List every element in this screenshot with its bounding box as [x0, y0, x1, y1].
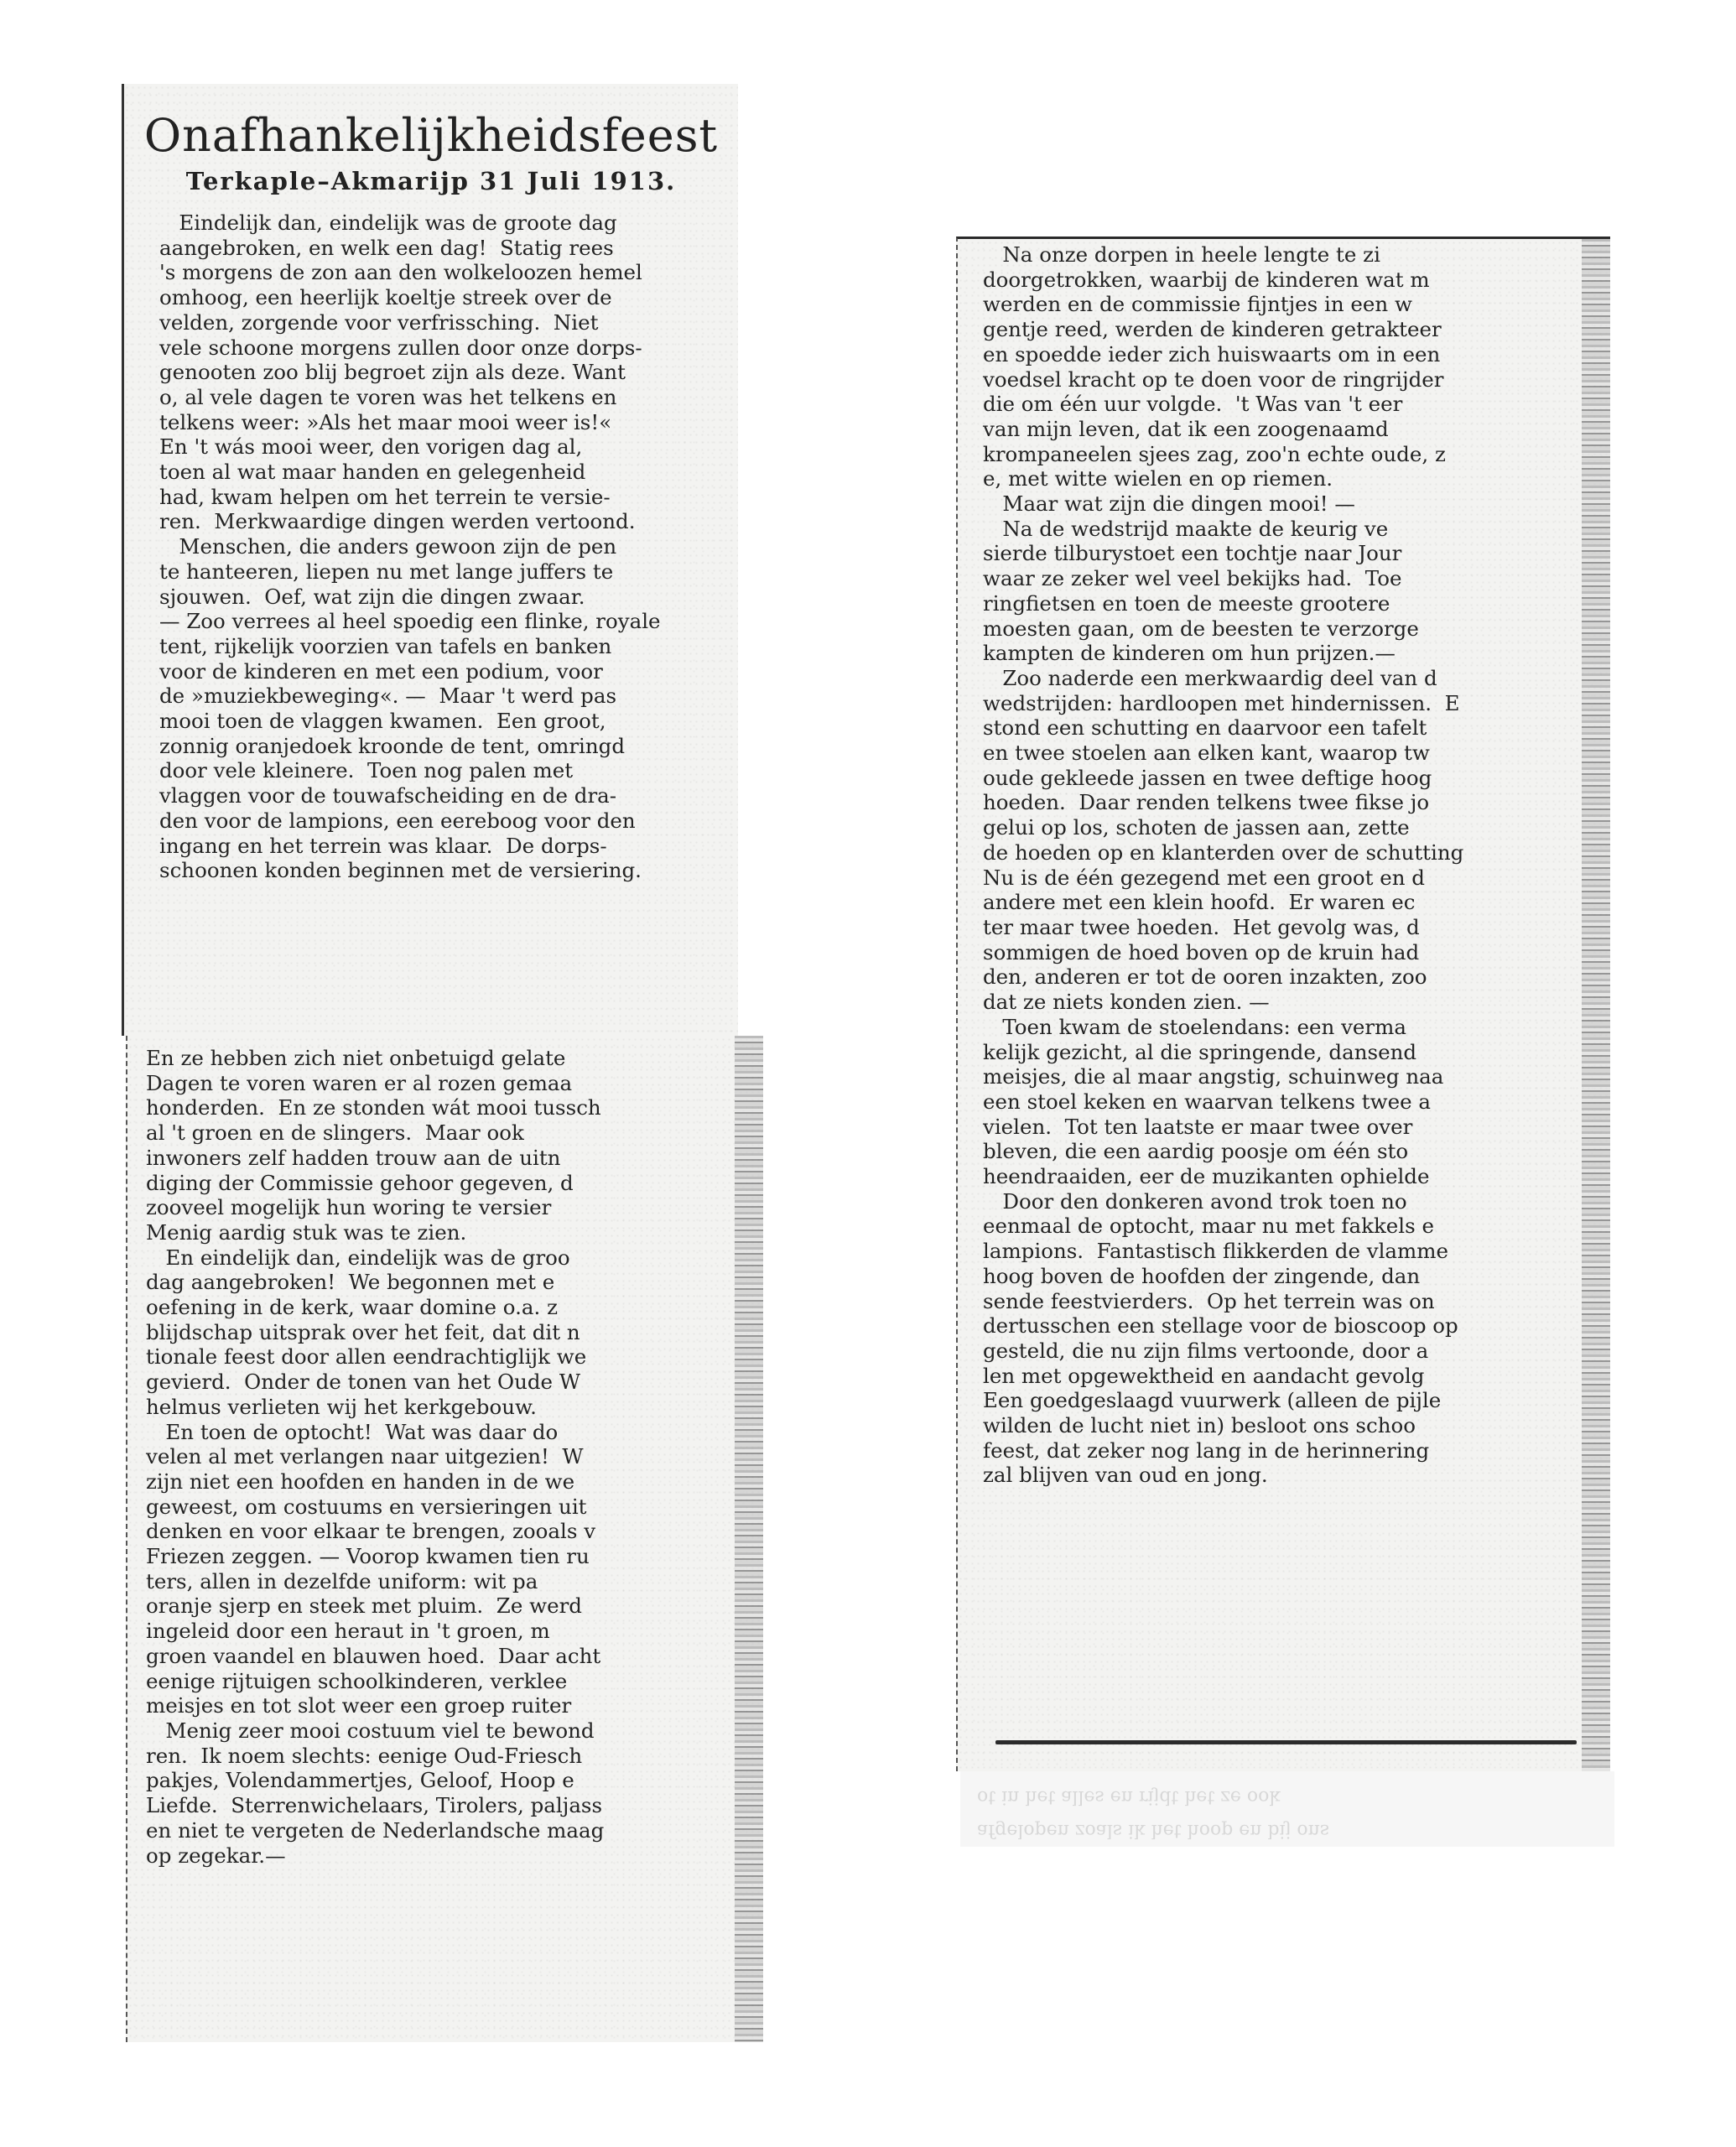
text-line: velden, zorgende voor verfrissching. Nie… — [159, 310, 704, 335]
text-line: Zoo naderde een merkwaardig deel van d — [983, 666, 1577, 691]
text-line: telkens weer: »Als het maar mooi weer is… — [159, 410, 704, 435]
text-line: Nu is de één gezegend met een groot en d — [983, 866, 1577, 891]
text-line: die om één uur volgde. 't Was van 't eer — [983, 392, 1577, 417]
text-line: ringfietsen en toen de meeste grootere — [983, 591, 1577, 616]
text-line: blijdschap uitsprak over het feit, dat d… — [146, 1320, 730, 1345]
text-line: zooveel mogelijk hun woring te versier — [146, 1195, 730, 1220]
text-line: doorgetrokken, waarbij de kinderen wat m — [983, 268, 1577, 293]
text-line: En 't wás mooi weer, den vorigen dag al, — [159, 434, 704, 460]
text-line: ter maar twee hoeden. Het gevolg was, d — [983, 915, 1577, 940]
text-line: den, anderen er tot de ooren inzakten, z… — [983, 964, 1577, 990]
text-line: oude gekleede jassen en twee deftige hoo… — [983, 766, 1577, 791]
text-line: meisjes, die al maar angstig, schuinweg … — [983, 1064, 1577, 1089]
text-line: bleven, die een aardig poosje om één sto — [983, 1139, 1577, 1164]
text-line: door vele kleinere. Toen nog palen met — [159, 758, 704, 783]
text-line: schoonen konden beginnen met de versieri… — [159, 858, 704, 883]
text-line: gevierd. Onder de tonen van het Oude W — [146, 1370, 730, 1395]
text-line: heendraaiden, eer de muzikanten ophielde — [983, 1164, 1577, 1189]
text-line: andere met een klein hoofd. Er waren ec — [983, 890, 1577, 915]
text-line: tionale feest door allen eendrachtiglijk… — [146, 1344, 730, 1370]
text-line: ren. Ik noem slechts: eenige Oud-Friesch — [146, 1744, 730, 1769]
text-line: de »muziekbeweging«. — Maar 't werd pas — [159, 684, 704, 709]
text-line: sierde tilburystoet een tochtje naar Jou… — [983, 541, 1577, 566]
text-line: Een goedgeslaagd vuurwerk (alleen de pij… — [983, 1388, 1577, 1413]
text-line: de hoeden op en klanterden over de schut… — [983, 840, 1577, 866]
text-line: groen vaandel en blauwen hoed. Daar acht — [146, 1644, 730, 1669]
text-line: sjouwen. Oef, wat zijn die dingen zwaar. — [159, 585, 704, 610]
text-line: en niet te vergeten de Nederlandsche maa… — [146, 1818, 730, 1843]
text-line: wedstrijden: hardloopen met hindernissen… — [983, 691, 1577, 716]
text-line: van mijn leven, dat ik een zoogenaamd — [983, 417, 1577, 442]
text-line: honderden. En ze stonden wát mooi tussch — [146, 1095, 730, 1120]
text-line: geweest, om costuums en versieringen uit — [146, 1495, 730, 1520]
text-line: feest, dat zeker nog lang in de herinner… — [983, 1438, 1577, 1463]
text-line: sende feestvierders. Op het terrein was … — [983, 1289, 1577, 1314]
text-line: zijn niet een hoofden en handen in de we — [146, 1469, 730, 1495]
text-line: oefening in de kerk, waar domine o.a. z — [146, 1295, 730, 1320]
text-line: pakjes, Volendammertjes, Geloof, Hoop e — [146, 1768, 730, 1793]
left-column-bottom-text: En ze hebben zich niet onbetuigd gelateD… — [127, 1036, 763, 1868]
text-line: Menig zeer mooi costuum viel te bewond — [146, 1718, 730, 1744]
text-line: en twee stoelen aan elken kant, waarop t… — [983, 741, 1577, 766]
text-line: eenmaal de optocht, maar nu met fakkels … — [983, 1214, 1577, 1239]
text-line: en spoedde ieder zich huiswaarts om in e… — [983, 342, 1577, 367]
text-line: vielen. Tot ten laatste er maar twee ove… — [983, 1115, 1577, 1140]
text-line: zonnig oranjedoek kroonde de tent, omrin… — [159, 734, 704, 759]
dateline: Terkaple–Akmarijp 31 Juli 1913. — [124, 167, 738, 195]
text-line: krompaneelen sjees zag, zoo'n echte oude… — [983, 442, 1577, 467]
text-line: sommigen de hoed boven op de kruin had — [983, 940, 1577, 965]
text-line: Eindelijk dan, eindelijk was de groote d… — [159, 211, 704, 236]
text-line: ingeleid door een heraut in 't groen, m — [146, 1619, 730, 1644]
torn-edge-strip — [735, 1036, 763, 2042]
text-line: Na onze dorpen in heele lengte te zi — [983, 242, 1577, 268]
clipping-right: Na onze dorpen in heele lengte te zidoor… — [956, 237, 1610, 1771]
text-line: Menschen, die anders gewoon zijn de pen — [159, 534, 704, 559]
text-line: velen al met verlangen naar uitgezien! W — [146, 1444, 730, 1469]
text-line: Menig aardig stuk was te zien. — [146, 1220, 730, 1245]
text-line: Friezen zeggen. — Voorop kwamen tien ru — [146, 1544, 730, 1569]
text-line: eenige rijtuigen schoolkinderen, verklee — [146, 1669, 730, 1694]
text-line: stond een schutting en daarvoor een tafe… — [983, 715, 1577, 741]
text-line: diging der Commissie gehoor gegeven, d — [146, 1171, 730, 1196]
text-line: aangebroken, en welk een dag! Statig ree… — [159, 236, 704, 261]
text-line: vlaggen voor de touwafscheiding en de dr… — [159, 783, 704, 808]
text-line: afgelopen zoals ik het hoop en bij ons — [977, 1813, 1614, 1847]
text-line: meisjes en tot slot weer een groep ruite… — [146, 1693, 730, 1718]
text-line: Dagen te voren waren er al rozen gemaa — [146, 1071, 730, 1096]
text-line: wilden de lucht niet in) besloot ons sch… — [983, 1413, 1577, 1438]
text-line: genooten zoo blij begroet zijn als deze.… — [159, 360, 704, 385]
text-line: hoog boven de hoofden der zingende, dan — [983, 1264, 1577, 1289]
text-line: hoeden. Daar renden telkens twee fikse j… — [983, 790, 1577, 815]
text-line: o, al vele dagen te voren was het telken… — [159, 385, 704, 410]
text-line: waar ze zeker wel veel bekijks had. Toe — [983, 566, 1577, 591]
text-line: voedsel kracht op te doen voor de ringri… — [983, 367, 1577, 392]
text-line: gesteld, die nu zijn films vertoonde, do… — [983, 1339, 1577, 1364]
text-line: omhoog, een heerlijk koeltje streek over… — [159, 285, 704, 310]
left-column-top-text: Eindelijk dan, eindelijk was de groote d… — [124, 211, 738, 883]
text-line: op zegekar.— — [146, 1843, 730, 1869]
text-line: te hanteeren, liepen nu met lange juffer… — [159, 559, 704, 585]
text-line: vele schoone morgens zullen door onze do… — [159, 335, 704, 361]
text-line: Door den donkeren avond trok toen no — [983, 1189, 1577, 1214]
text-line: had, kwam helpen om het terrein te versi… — [159, 485, 704, 510]
text-line: oranje sjerp en steek met pluim. Ze werd — [146, 1593, 730, 1619]
text-line: mooi toen de vlaggen kwamen. Een groot, — [159, 709, 704, 734]
text-line: dat ze niets konden zien. — — [983, 990, 1577, 1015]
text-line: — Zoo verrees al heel spoedig een flinke… — [159, 609, 704, 634]
text-line: e, met witte wielen en op riemen. — [983, 466, 1577, 491]
text-line: dag aangebroken! We begonnen met e — [146, 1270, 730, 1295]
text-line: En toen de optocht! Wat was daar do — [146, 1420, 730, 1445]
text-line: tent, rijkelijk voorzien van tafels en b… — [159, 634, 704, 659]
text-line: Liefde. Sterrenwichelaars, Tirolers, pal… — [146, 1793, 730, 1818]
text-line: helmus verlieten wij het kerkgebouw. — [146, 1395, 730, 1420]
text-line: een stoel keken en waarvan telkens twee … — [983, 1089, 1577, 1115]
text-line: lampions. Fantastisch flikkerden de vlam… — [983, 1239, 1577, 1264]
torn-edge-strip-right — [1582, 239, 1610, 1771]
text-line: moesten gaan, om de beesten te verzorge — [983, 616, 1577, 642]
text-line: ot in het alles en rijdt het ze ook — [977, 1780, 1614, 1813]
text-line: ters, allen in dezelfde uniform: wit pa — [146, 1569, 730, 1594]
text-line: voor de kinderen en met een podium, voor — [159, 659, 704, 684]
text-line: gentje reed, werden de kinderen getrakte… — [983, 317, 1577, 342]
text-line: Maar wat zijn die dingen mooi! — — [983, 491, 1577, 517]
text-line: ingang en het terrein was klaar. De dorp… — [159, 834, 704, 859]
text-line: kampten de kinderen om hun prijzen.— — [983, 641, 1577, 666]
text-line: len met opgewektheid en aandacht gevolg — [983, 1364, 1577, 1389]
end-rule — [995, 1740, 1577, 1744]
text-line: denken en voor elkaar te brengen, zooals… — [146, 1519, 730, 1544]
right-column-text: Na onze dorpen in heele lengte te zidoor… — [958, 239, 1610, 1488]
text-line: werden en de commissie fijntjes in een w — [983, 292, 1577, 317]
clipping-left-bottom: En ze hebben zich niet onbetuigd gelateD… — [126, 1036, 763, 2042]
bleed-through-text: afgelopen zoals ik het hoop en bij onsot… — [960, 1771, 1614, 1847]
text-line: toen al wat maar handen en gelegenheid — [159, 460, 704, 485]
text-line: ren. Merkwaardige dingen werden vertoond… — [159, 509, 704, 534]
text-line: gelui op los, schoten de jassen aan, zet… — [983, 815, 1577, 840]
text-line: En eindelijk dan, eindelijk was de groo — [146, 1245, 730, 1271]
headline: Onafhankelijkheidsfeest — [124, 109, 738, 162]
text-line: dertusschen een stellage voor de bioscoo… — [983, 1313, 1577, 1339]
text-line: Na de wedstrijd maakte de keurig ve — [983, 517, 1577, 542]
text-line: den voor de lampions, een eereboog voor … — [159, 808, 704, 834]
text-line: 's morgens de zon aan den wolkeloozen he… — [159, 260, 704, 285]
text-line: zal blijven van oud en jong. — [983, 1463, 1577, 1488]
text-line: al 't groen en de slingers. Maar ook — [146, 1120, 730, 1146]
clipping-left-top: Onafhankelijkheidsfeest Terkaple–Akmarij… — [122, 84, 738, 1036]
text-line: Toen kwam de stoelendans: een verma — [983, 1015, 1577, 1040]
text-line: En ze hebben zich niet onbetuigd gelate — [146, 1046, 730, 1071]
text-line: kelijk gezicht, al die springende, danse… — [983, 1040, 1577, 1065]
text-line: inwoners zelf hadden trouw aan de uitn — [146, 1146, 730, 1171]
